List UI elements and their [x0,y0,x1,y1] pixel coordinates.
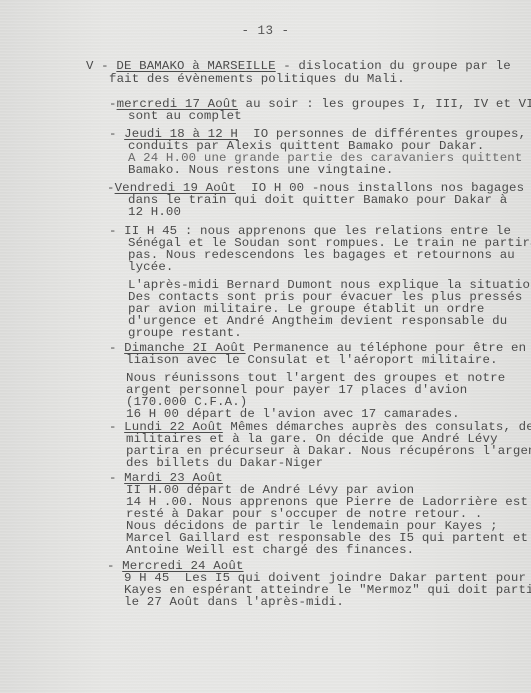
entry-line: 12 H.00 [128,206,181,219]
entry-line: pas. Nous redescendons les bagages et re… [128,249,515,262]
entry-paragraph-line: groupe restant. [128,327,242,340]
section-numeral: V - [86,59,109,73]
entry-line: le 27 Août dans l'après-midi. [124,596,344,609]
section-title: DE BAMAKO à MARSEILLE [116,59,275,73]
entry-line: sont au complet [128,110,242,123]
entry-line: Bamako. Nous restons une vingtaine. [128,164,394,177]
entry-line: liaison avec le Consulat et l'aéroport m… [126,354,498,367]
entry-line: dans le train qui doit quitter Bamako po… [128,194,507,207]
entry-line: Antoine Weill est chargé des finances. [126,544,414,557]
section-subtitle: fait des évènements politiques du Mali. [109,73,405,86]
page-number: - 13 - [0,24,531,38]
entry-line: lycée. [128,261,174,274]
entry-line: des billets du Dakar-Niger [126,457,323,470]
typewritten-page: - 13 - V - DE BAMAKO à MARSEILLE - dislo… [0,0,531,693]
section-title-rest: - dislocation du groupe par le [276,59,511,73]
